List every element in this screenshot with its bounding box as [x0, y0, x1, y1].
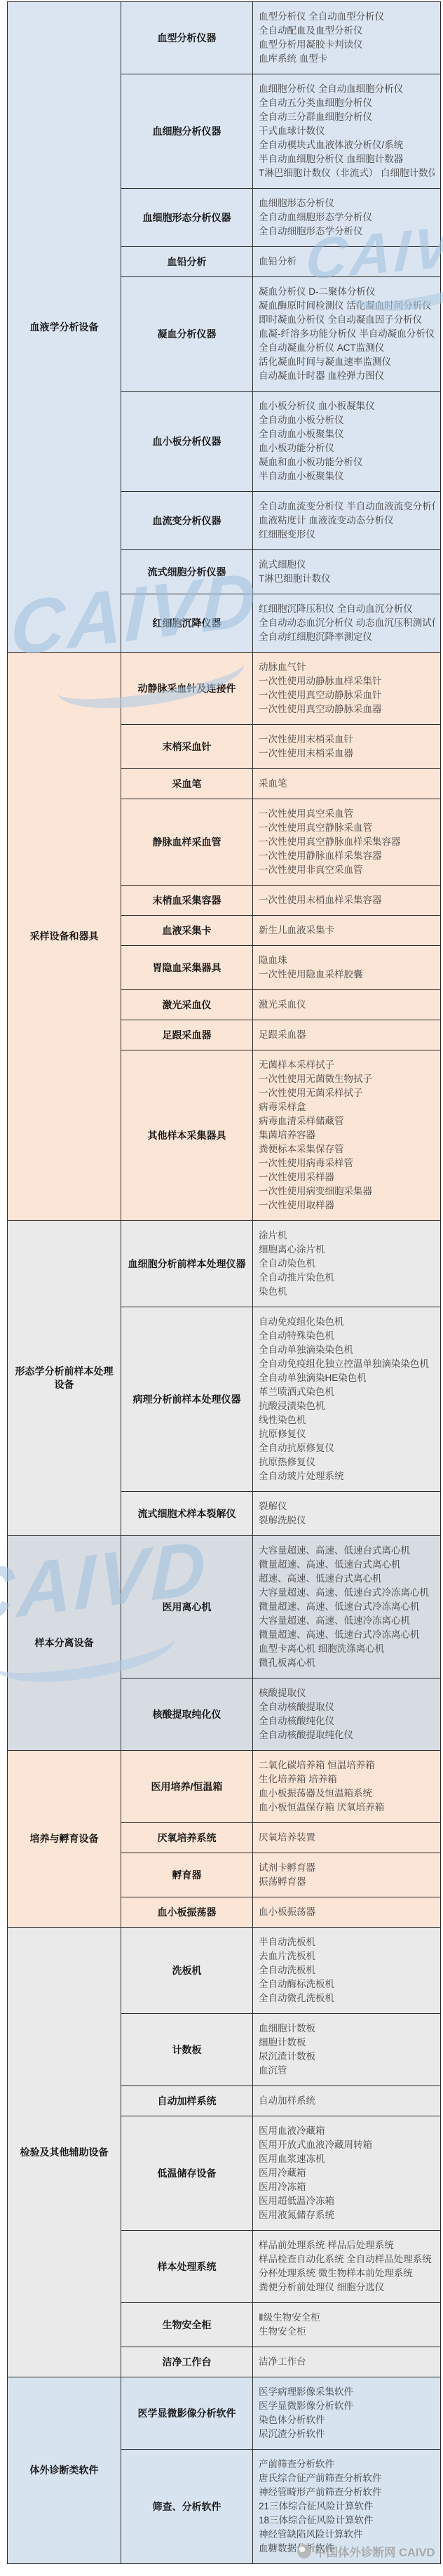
item-line: 一次性使用真空动静脉采血器: [259, 702, 435, 716]
item-line: 核酸提取仪: [259, 1686, 435, 1700]
subcategory-cell: 静脉血样采血管: [121, 799, 253, 886]
subcategory-cell: 低温储存设备: [121, 2116, 253, 2231]
item-line: 神经管畸形产前筛查分析软件: [259, 2485, 435, 2500]
table-row: 样本分离设备医用离心机大容量超速、高速、低速台式离心机微量超速、高速、低速台式离…: [8, 1536, 441, 1679]
item-line: 分杯处理系统 微生物样本前处理系统: [259, 2267, 435, 2281]
item-line: 样品检查自动化系统 全自动样品处理系统: [259, 2253, 435, 2267]
items-cell: 动脉血气针一次性使用动静脉血样采集针一次性使用真空动静脉采血针一次性使用真空动静…: [253, 653, 441, 725]
subcategory-cell: 激光采血仪: [121, 990, 253, 1020]
item-line: 抗原修复仪: [259, 1427, 435, 1441]
items-cell: 采血笔: [253, 769, 441, 799]
item-line: 一次性使用真空采血管: [259, 807, 435, 821]
item-line: 全自动血细胞形态学分析仪: [259, 211, 435, 225]
item-line: Ⅱ级生物安全柜: [259, 2311, 435, 2325]
items-cell: 无菌样本采样拭子一次性使用无菌微生物拭子一次性使用无菌采样拭子病毒采样盒病毒血清…: [253, 1050, 441, 1221]
items-cell: 隐血珠一次性使用隐血采样胶囊: [253, 946, 441, 990]
subcategory-cell: 末梢血采集容器: [121, 886, 253, 916]
items-cell: 新生儿血液采集卡: [253, 916, 441, 946]
items-cell: 凝血分析仪 D-二聚体分析仪凝血酶原时间检测仪 活化凝血时间分析仪即时凝血分析仪…: [253, 277, 441, 392]
item-line: 去血片洗板机: [259, 1949, 435, 1963]
item-line: 全自动红细胞沉降率测定仪: [259, 630, 435, 644]
item-line: 全自动酶标洗板机: [259, 1977, 435, 1991]
section-category-cell: 培养与孵育设备: [8, 1751, 121, 1928]
item-line: 血型分析仪 全自动血型分析仪: [259, 10, 435, 24]
section-category-cell: 样本分离设备: [8, 1536, 121, 1751]
subcategory-cell: 红细胞沉降仪器: [121, 594, 253, 653]
subcategory-cell: 自动加样系统: [121, 2086, 253, 2116]
item-line: 医学病理影像采集软件: [259, 2385, 435, 2399]
section-category-cell: 检验及其他辅助设备: [8, 1928, 121, 2377]
item-line: 足跟采血器: [259, 1028, 435, 1042]
item-line: 血小板恒温保存箱 厌氧培养箱: [259, 1801, 435, 1815]
item-line: 全自动模块式血液体液分析仪/系统: [259, 138, 435, 152]
item-line: 血小板功能分析仪: [259, 441, 435, 455]
subcategory-cell: 洗板机: [121, 1928, 253, 2014]
table-row: 形态学分析前样本处理设备血细胞分析前样本处理仪器涂片机细胞离心涂片机全自动染色机…: [8, 1221, 441, 1307]
subcategory-cell: 厌氧培养系统: [121, 1823, 253, 1853]
items-cell: 洁净工作台: [253, 2347, 441, 2377]
item-line: 一次性使用末梢采血器: [259, 747, 435, 761]
subcategory-cell: 计数板: [121, 2014, 253, 2086]
item-line: 裂解洗脱仪: [259, 1514, 435, 1528]
item-line: 二氧化碳培养箱 恒温培养箱: [259, 1759, 435, 1773]
item-line: 全自动单独滴染HE染色机: [259, 1371, 435, 1385]
item-line: 血库系统 血型卡: [259, 52, 435, 66]
items-cell: Ⅱ级生物安全柜生物安全柜: [253, 2303, 441, 2347]
item-line: 细胞离心涂片机: [259, 1243, 435, 1257]
item-line: 自动免疫组化染色机: [259, 1315, 435, 1329]
item-line: 裂解仪: [259, 1500, 435, 1514]
item-line: 微量超速、高速、低速台式离心机: [259, 1558, 435, 1572]
item-line: 血凝-纤溶多功能分析仪 半自动凝血分析仪: [259, 327, 435, 341]
section-category-cell: 采样设备和器具: [8, 653, 121, 1221]
items-cell: 涂片机细胞离心涂片机全自动染色机全自动推片染色机染色机: [253, 1221, 441, 1307]
page: 血液学分析设备血型分析仪器血型分析仪 全自动血型分析仪全自动配血及血型分析仪血型…: [0, 0, 443, 2576]
table-row: 采样设备和器具动静脉采血针及连接件动脉血气针一次性使用动静脉血样采集针一次性使用…: [8, 653, 441, 725]
item-line: 血小板振荡器及恒温箱系统: [259, 1787, 435, 1801]
item-line: 全自动细胞形态学分析仪: [259, 225, 435, 239]
item-line: 18三体综合征风险计算软件: [259, 2514, 435, 2528]
item-line: 新生儿血液采集卡: [259, 923, 435, 937]
item-line: 血糖数据分析软件: [259, 2542, 435, 2556]
item-line: 微孔板离心机: [259, 1656, 435, 1670]
item-line: 血沉管: [259, 2064, 435, 2078]
item-line: 厌氧培养装置: [259, 1831, 435, 1845]
section-category-cell: 形态学分析前样本处理设备: [8, 1221, 121, 1536]
item-line: 一次性使用病毒采样管: [259, 1156, 435, 1170]
subcategory-cell: 流式细胞分析仪器: [121, 550, 253, 594]
item-line: 血细胞计数板: [259, 2022, 435, 2036]
item-line: 21三体综合征风险计算软件: [259, 2500, 435, 2514]
item-line: 一次性使用动静脉血样采集针: [259, 674, 435, 688]
item-line: 半自动洗板机: [259, 1935, 435, 1949]
subcategory-cell: 医学显微影像分析软件: [121, 2377, 253, 2450]
items-cell: 血小板分析仪 血小板凝集仪全自动血小板分析仪全自动血小板聚集仪血小板功能分析仪凝…: [253, 392, 441, 492]
item-line: 大容量超速、高速、低速台式冷冻离心机: [259, 1586, 435, 1600]
item-line: 自动凝血计时器 血栓弹力图仪: [259, 369, 435, 383]
subcategory-cell: 生物安全柜: [121, 2303, 253, 2347]
item-line: 全自动染色机: [259, 1257, 435, 1271]
item-line: 血细胞分析仪 全自动血细胞分析仪: [259, 82, 435, 96]
item-line: 线性染色机: [259, 1413, 435, 1427]
subcategory-cell: 足跟采血器: [121, 1020, 253, 1050]
item-line: 自动加样系统: [259, 2094, 435, 2108]
classification-table: 血液学分析设备血型分析仪器血型分析仪 全自动血型分析仪全自动配血及血型分析仪血型…: [7, 1, 441, 2564]
subcategory-cell: 病理分析前样本处理仪器: [121, 1307, 253, 1492]
item-line: 一次性使用无菌采样拭子: [259, 1086, 435, 1100]
item-line: 半自动血细胞分析仪 血细胞计数器: [259, 152, 435, 166]
items-cell: 激光采血仪: [253, 990, 441, 1020]
items-cell: 全自动血流变分析仪 半自动血液流变分析仪血液粘度计 血液流变动态分析仪红细胞变形…: [253, 492, 441, 550]
item-line: 生物安全柜: [259, 2325, 435, 2339]
item-line: 全自动核酸纯化仪: [259, 1714, 435, 1728]
item-line: 一次性使用静脉血样采集容器: [259, 849, 435, 863]
subcategory-cell: 洁净工作台: [121, 2347, 253, 2377]
item-line: 细胞计数板: [259, 2036, 435, 2050]
subcategory-cell: 血细胞形态分析仪器: [121, 189, 253, 247]
item-line: 一次性使用末梢血样采集容器: [259, 893, 435, 907]
item-line: 医用开放式血液冷藏周转箱: [259, 2138, 435, 2152]
item-line: 无菌样本采样拭子: [259, 1058, 435, 1072]
item-line: 隐血珠: [259, 954, 435, 968]
classification-table-body: 血液学分析设备血型分析仪器血型分析仪 全自动血型分析仪全自动配血及血型分析仪血型…: [8, 2, 441, 2564]
subcategory-cell: 医用培养/恒温箱: [121, 1751, 253, 1823]
section-category-cell: 体外诊断类软件: [8, 2377, 121, 2564]
item-line: 凝血分析仪 D-二聚体分析仪: [259, 285, 435, 299]
item-line: 全自动五分类血细胞分析仪: [259, 96, 435, 110]
item-line: 粪便分析前处理仪 细胞分选仪: [259, 2281, 435, 2295]
items-cell: 血型分析仪 全自动血型分析仪全自动配血及血型分析仪血型分析用凝胶卡判读仪血库系统…: [253, 2, 441, 74]
subcategory-cell: 采血笔: [121, 769, 253, 799]
item-line: 血铅分析: [259, 255, 435, 269]
item-line: 试剂卡孵育器: [259, 1861, 435, 1875]
item-line: 全自动动态血沉分析仪 动态血沉压积测试仪: [259, 616, 435, 630]
items-cell: 样品前处理系统 样品后处理系统样品检查自动化系统 全自动样品处理系统分杯处理系统…: [253, 2231, 441, 2303]
item-line: 全自动特殊染色机: [259, 1329, 435, 1343]
items-cell: 试剂卡孵育器振荡孵育器: [253, 1853, 441, 1897]
item-line: 粪便标本采集保存管: [259, 1142, 435, 1156]
subcategory-cell: 血小板分析仪器: [121, 392, 253, 492]
subcategory-cell: 医用离心机: [121, 1536, 253, 1679]
subcategory-cell: 血铅分析: [121, 247, 253, 277]
item-line: 血型卡离心机 细胞洗涤离心机: [259, 1642, 435, 1656]
items-cell: 厌氧培养装置: [253, 1823, 441, 1853]
items-cell: 血细胞形态分析仪全自动血细胞形态学分析仪全自动细胞形态学分析仪: [253, 189, 441, 247]
item-line: 唐氏综合征产前筛查分析软件: [259, 2471, 435, 2485]
items-cell: 流式细胞仪T淋巴细胞计数仪: [253, 550, 441, 594]
item-line: 活化凝血时间与凝血速率监测仪: [259, 355, 435, 369]
item-line: 血小板分析仪 血小板凝集仪: [259, 399, 435, 413]
item-line: 一次性使用采样器: [259, 1170, 435, 1184]
item-line: 超速、高速、低速台式离心机: [259, 1572, 435, 1586]
item-line: 全自动血小板分析仪: [259, 413, 435, 427]
item-line: 一次性使用末梢采血针: [259, 733, 435, 747]
item-line: 振荡孵育器: [259, 1875, 435, 1889]
subcategory-cell: 筛查、分析软件: [121, 2450, 253, 2564]
item-line: 医用冷冻箱: [259, 2180, 435, 2194]
subcategory-cell: 其他样本采集器具: [121, 1050, 253, 1221]
items-cell: 自动免疫组化染色机全自动特殊染色机全自动单独滴染染色机全自动免疫组化独立控温单独…: [253, 1307, 441, 1492]
item-line: 激光采血仪: [259, 998, 435, 1012]
subcategory-cell: 血液采集卡: [121, 916, 253, 946]
item-line: 全自动血流变分析仪 半自动血液流变分析仪: [259, 500, 435, 514]
items-cell: 产前筛查分析软件唐氏综合征产前筛查分析软件神经管畸形产前筛查分析软件21三体综合…: [253, 2450, 441, 2564]
item-line: 医用超低温冷冻箱: [259, 2194, 435, 2208]
item-line: 医用血液冷藏箱: [259, 2124, 435, 2138]
item-line: 病毒血清采样储藏管: [259, 1114, 435, 1128]
items-cell: 裂解仪裂解洗脱仪: [253, 1492, 441, 1536]
item-line: 集菌培养容器: [259, 1128, 435, 1142]
item-line: 染色体分析软件: [259, 2413, 435, 2427]
table-row: 检验及其他辅助设备洗板机半自动洗板机去血片洗板机全自动洗板机全自动酶标洗板机全自…: [8, 1928, 441, 2014]
item-line: 流式细胞仪: [259, 558, 435, 572]
subcategory-cell: 血型分析仪器: [121, 2, 253, 74]
subcategory-cell: 流式细胞术样本裂解仪: [121, 1492, 253, 1536]
item-line: 一次性使用取样器: [259, 1199, 435, 1213]
subcategory-cell: 胃隐血采集器具: [121, 946, 253, 990]
item-line: 全自动推片染色机: [259, 1271, 435, 1285]
subcategory-cell: 样本处理系统: [121, 2231, 253, 2303]
item-line: 干式血球计数仪: [259, 124, 435, 138]
item-line: 全自动血小板聚集仪: [259, 427, 435, 441]
subcategory-cell: 核酸提取纯化仪: [121, 1679, 253, 1751]
subcategory-cell: 血流变分析仪器: [121, 492, 253, 550]
item-line: 尿沉渣计数板: [259, 2050, 435, 2064]
items-cell: 医学病理影像采集软件医学显微影像分析软件染色体分析软件尿沉渣分析软件: [253, 2377, 441, 2450]
table-row: 培养与孵育设备医用培养/恒温箱二氧化碳培养箱 恒温培养箱生化培养箱 培养箱血小板…: [8, 1751, 441, 1823]
item-line: T淋巴细胞计数仪（非流式） 白细胞计数仪: [259, 166, 435, 180]
item-line: 全自动抗原修复仪: [259, 1441, 435, 1455]
item-line: 染色机: [259, 1285, 435, 1299]
items-cell: 医用血液冷藏箱医用开放式血液冷藏周转箱医用血浆速冻机医用冷藏箱医用冷冻箱医用超低…: [253, 2116, 441, 2231]
item-line: 洁净工作台: [259, 2355, 435, 2369]
item-line: 一次性使用真空静脉血样采集容器: [259, 835, 435, 849]
items-cell: 半自动洗板机去血片洗板机全自动洗板机全自动酶标洗板机全自动微孔洗板机: [253, 1928, 441, 2014]
items-cell: 一次性使用末梢采血针一次性使用末梢采血器: [253, 725, 441, 769]
item-line: 微量超速、高速、低速台式冷冻离心机: [259, 1628, 435, 1642]
subcategory-cell: 凝血分析仪器: [121, 277, 253, 392]
item-line: 采血笔: [259, 777, 435, 791]
item-line: 一次性使用真空静脉采血管: [259, 821, 435, 835]
item-line: 全自动核酸提取仪: [259, 1700, 435, 1714]
item-line: 医用冷藏箱: [259, 2166, 435, 2180]
item-line: 大容量超速、高速、低速台式离心机: [259, 1544, 435, 1558]
item-line: 动脉血气针: [259, 660, 435, 674]
items-cell: 红细胞沉降压积仪 全自动血沉分析仪全自动动态血沉分析仪 动态血沉压积测试仪全自动…: [253, 594, 441, 653]
items-cell: 血铅分析: [253, 247, 441, 277]
item-line: 即时凝血分析仪 全自动凝血因子分析仪: [259, 313, 435, 327]
items-cell: 足跟采血器: [253, 1020, 441, 1050]
item-line: 凝血和血小板功能分析仪: [259, 455, 435, 469]
item-line: 病毒采样盒: [259, 1100, 435, 1114]
subcategory-cell: 孵育器: [121, 1853, 253, 1897]
item-line: 样品前处理系统 样品后处理系统: [259, 2238, 435, 2253]
subcategory-cell: 动静脉采血针及连接件: [121, 653, 253, 725]
item-line: 血型分析用凝胶卡判读仪: [259, 38, 435, 52]
items-cell: 一次性使用末梢血样采集容器: [253, 886, 441, 916]
item-line: 医学显微影像分析软件: [259, 2399, 435, 2413]
item-line: 半自动血小板聚集仪: [259, 469, 435, 483]
item-line: 抗酸浸渍染色机: [259, 1399, 435, 1413]
item-line: 全自动洗板机: [259, 1963, 435, 1977]
item-line: 红细胞沉降压积仪 全自动血沉分析仪: [259, 602, 435, 616]
item-line: 革兰喷洒式染色机: [259, 1385, 435, 1399]
items-cell: 血细胞计数板细胞计数板尿沉渣计数板血沉管: [253, 2014, 441, 2086]
item-line: 全自动凝血分析仪 ACT监测仪: [259, 341, 435, 355]
item-line: 全自动三分群血细胞分析仪: [259, 110, 435, 124]
subcategory-cell: 血小板振荡器: [121, 1897, 253, 1928]
item-line: 神经管缺陷风险计算软件: [259, 2528, 435, 2542]
item-line: 产前筛查分析软件: [259, 2457, 435, 2471]
item-line: 血小板振荡器: [259, 1905, 435, 1919]
subcategory-cell: 末梢采血针: [121, 725, 253, 769]
item-line: T淋巴细胞计数仪: [259, 572, 435, 586]
items-cell: 大容量超速、高速、低速台式离心机微量超速、高速、低速台式离心机超速、高速、低速台…: [253, 1536, 441, 1679]
item-line: 一次性使用隐血采样胶囊: [259, 968, 435, 982]
items-cell: 血细胞分析仪 全自动血细胞分析仪全自动五分类血细胞分析仪全自动三分群血细胞分析仪…: [253, 74, 441, 189]
item-line: 医用血浆速冻机: [259, 2152, 435, 2166]
item-line: 全自动核酸提取纯化仪: [259, 1728, 435, 1742]
item-line: 全自动微孔洗板机: [259, 1991, 435, 2006]
item-line: 抗原热修复仪: [259, 1455, 435, 1469]
table-row: 血液学分析设备血型分析仪器血型分析仪 全自动血型分析仪全自动配血及血型分析仪血型…: [8, 2, 441, 74]
table-row: 体外诊断类软件医学显微影像分析软件医学病理影像采集软件医学显微影像分析软件染色体…: [8, 2377, 441, 2450]
subcategory-cell: 血细胞分析仪器: [121, 74, 253, 189]
items-cell: 自动加样系统: [253, 2086, 441, 2116]
items-cell: 核酸提取仪全自动核酸提取仪全自动核酸纯化仪全自动核酸提取纯化仪: [253, 1679, 441, 1751]
items-cell: 一次性使用真空采血管一次性使用真空静脉采血管一次性使用真空静脉血样采集容器一次性…: [253, 799, 441, 886]
item-line: 血细胞形态分析仪: [259, 196, 435, 211]
items-cell: 血小板振荡器: [253, 1897, 441, 1928]
item-line: 微量超速、高速、低速台式冷冻离心机: [259, 1600, 435, 1614]
item-line: 涂片机: [259, 1229, 435, 1243]
items-cell: 二氧化碳培养箱 恒温培养箱生化培养箱 培养箱血小板振荡器及恒温箱系统血小板恒温保…: [253, 1751, 441, 1823]
item-line: 一次性使用真空动静脉采血针: [259, 688, 435, 702]
item-line: 大容量超速、高速、低速冷冻离心机: [259, 1614, 435, 1628]
item-line: 一次性使用无菌微生物拭子: [259, 1072, 435, 1086]
subcategory-cell: 血细胞分析前样本处理仪器: [121, 1221, 253, 1307]
item-line: 凝血酶原时间检测仪 活化凝血时间分析仪: [259, 299, 435, 313]
item-line: 全自动配血及血型分析仪: [259, 24, 435, 38]
item-line: 一次性使用病变细胞采集器: [259, 1184, 435, 1199]
item-line: 全自动玻片处理系统: [259, 1469, 435, 1483]
item-line: 尿沉渣分析软件: [259, 2427, 435, 2441]
item-line: 一次性使用非真空采血管: [259, 863, 435, 877]
item-line: 红细胞变形仪: [259, 528, 435, 542]
item-line: 医用液氮储存系统: [259, 2208, 435, 2222]
item-line: 全自动免疫组化独立控温单独滴染染色机: [259, 1357, 435, 1371]
section-category-cell: 血液学分析设备: [8, 2, 121, 653]
item-line: 全自动单独滴染染色机: [259, 1343, 435, 1357]
item-line: 生化培养箱 培养箱: [259, 1773, 435, 1787]
item-line: 血液粘度计 血液流变动态分析仪: [259, 514, 435, 528]
